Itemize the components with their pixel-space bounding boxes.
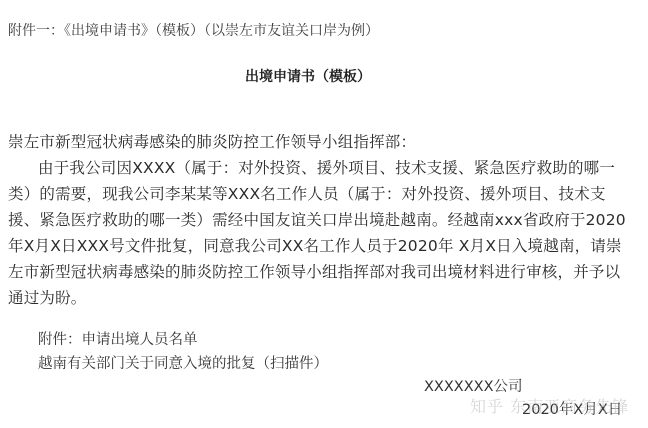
document-title: 出境申请书（模板） [245,66,371,86]
attachment-item: 越南有关部门关于同意入境的批复（扫描件） [38,352,328,373]
body-line: 通过为盼。 [8,286,87,308]
attachment-heading: 附件一：《出境申请书》（模板）（以崇左市友谊关口岸为例） [8,20,379,40]
salutation: 崇左市新型冠状病毒感染的肺炎防控工作领导小组指挥部： [8,130,416,152]
watermark: 知乎 东南亚商务先锋 [470,394,629,417]
body-line: 类）的需要，现我公司李某某等XXX名工作人员（属于：对外投资、援外项目、技术支 [8,182,606,204]
signature-company: XXXXXXX公司 [424,375,523,396]
attachment-item: 附件：申请出境人员名单 [38,328,198,349]
body-line: 年X月X日XXX号文件批复，同意我公司XX名工作人员于2020年 X月X日入境越… [8,234,622,256]
body-line: 由于我公司因XXXX（属于：对外投资、援外项目、技术支援、紧急医疗救助的哪一 [38,156,615,178]
body-line: 左市新型冠状病毒感染的肺炎防控工作领导小组指挥部对我司出境材料进行审核，并予以 [8,260,620,282]
body-line: 援、紧急医疗救助的哪一类）需经中国友谊关口岸出境赴越南。经越南xxx省政府于20… [8,208,626,230]
